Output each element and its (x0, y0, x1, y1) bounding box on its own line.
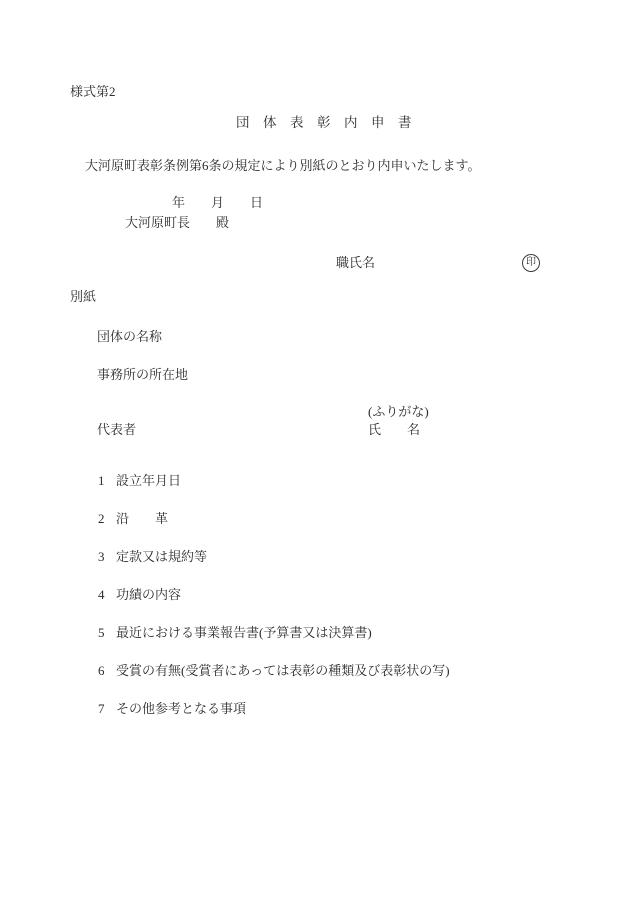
addressee-line: 大河原町長 殿 (125, 216, 229, 229)
item-number: 4 (98, 588, 116, 601)
office-address-label: 事務所の所在地 (97, 368, 188, 381)
item-label: 受賞の有無(受賞者にあっては表彰の種類及び表彰状の写) (116, 663, 450, 678)
item-number: 1 (98, 474, 116, 487)
item-number: 7 (98, 702, 116, 715)
org-name-label: 団体の名称 (97, 330, 162, 343)
item-label: 沿 革 (116, 511, 168, 526)
document-page: 様式第2 団 体 表 彰 内 申 書 大河原町表彰条例第6条の規定により別紙のと… (0, 0, 630, 916)
form-number: 様式第2 (70, 85, 116, 98)
item-label: その他参考となる事項 (116, 701, 246, 716)
item-number: 5 (98, 626, 116, 639)
list-item: 4功績の内容 (85, 575, 181, 614)
seal-character: 印 (526, 258, 536, 268)
attachment-label: 別紙 (70, 290, 96, 303)
item-number: 6 (98, 664, 116, 677)
list-item: 7その他参考となる事項 (85, 689, 246, 728)
list-item: 5最近における事業報告書(予算書又は決算書) (85, 613, 372, 652)
item-label: 設立年月日 (116, 473, 181, 488)
furigana-label: (ふりがな) (368, 405, 429, 418)
list-item: 1設立年月日 (85, 461, 181, 500)
document-title: 団 体 表 彰 内 申 書 (236, 116, 412, 130)
item-number: 2 (98, 512, 116, 525)
seal-stamp-icon: 印 (522, 254, 540, 272)
item-label: 定款又は規約等 (116, 549, 207, 564)
intro-sentence: 大河原町表彰条例第6条の規定により別紙のとおり内申いたします。 (85, 159, 480, 172)
representative-label: 代表者 (97, 423, 136, 436)
date-line: 年 月 日 (172, 196, 263, 209)
item-label: 最近における事業報告書(予算書又は決算書) (116, 625, 372, 640)
name-label: 氏 名 (368, 423, 420, 436)
list-item: 3定款又は規約等 (85, 537, 207, 576)
list-item: 2沿 革 (85, 499, 168, 538)
item-number: 3 (98, 550, 116, 563)
item-label: 功績の内容 (116, 587, 181, 602)
signer-label: 職氏名 (336, 256, 375, 269)
list-item: 6受賞の有無(受賞者にあっては表彰の種類及び表彰状の写) (85, 651, 450, 690)
